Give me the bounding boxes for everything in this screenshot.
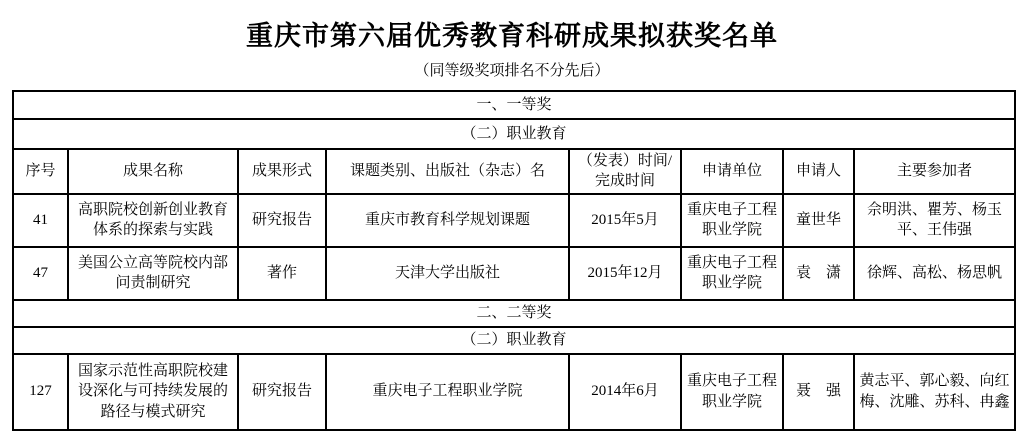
award-table: 一、一等奖 （二）职业教育 序号 成果名称 成果形式 课题类别、出版社（杂志）名… — [12, 90, 1016, 431]
cell-time: 2015年12月 — [569, 247, 681, 300]
cell-participants: 徐辉、高松、杨思帆 — [854, 247, 1015, 300]
column-header-form: 成果形式 — [238, 149, 326, 194]
section-label: 二、二等奖 — [13, 300, 1015, 327]
cell-form: 研究报告 — [238, 354, 326, 430]
column-header-applicant: 申请人 — [783, 149, 854, 194]
column-header-no: 序号 — [13, 149, 68, 194]
cell-time: 2015年5月 — [569, 194, 681, 247]
table-row: 41 高职院校创新创业教育体系的探索与实践 研究报告 重庆市教育科学规划课题 2… — [13, 194, 1015, 247]
cell-no: 127 — [13, 354, 68, 430]
section-row-first-category: （二）职业教育 — [13, 119, 1015, 149]
cell-org: 重庆电子工程职业学院 — [681, 247, 783, 300]
cell-time: 2014年6月 — [569, 354, 681, 430]
column-header-time: （发表）时间/完成时间 — [569, 149, 681, 194]
page-subtitle: （同等级奖项排名不分先后） — [0, 59, 1024, 80]
cell-name: 国家示范性高职院校建设深化与可持续发展的路径与模式研究 — [68, 354, 238, 430]
cell-name: 美国公立高等院校内部问责制研究 — [68, 247, 238, 300]
table-row: 47 美国公立高等院校内部问责制研究 著作 天津大学出版社 2015年12月 重… — [13, 247, 1015, 300]
section-row-second-category: （二）职业教育 — [13, 327, 1015, 354]
cell-category: 重庆电子工程职业学院 — [326, 354, 569, 430]
cell-applicant: 聂 强 — [783, 354, 854, 430]
header-row: 序号 成果名称 成果形式 课题类别、出版社（杂志）名 （发表）时间/完成时间 申… — [13, 149, 1015, 194]
cell-no: 41 — [13, 194, 68, 247]
cell-participants: 黄志平、郭心毅、向红梅、沈雕、苏科、冉鑫 — [854, 354, 1015, 430]
cell-form: 研究报告 — [238, 194, 326, 247]
section-label: （二）职业教育 — [13, 327, 1015, 354]
cell-category: 重庆市教育科学规划课题 — [326, 194, 569, 247]
column-header-category: 课题类别、出版社（杂志）名 — [326, 149, 569, 194]
section-row-second-prize: 二、二等奖 — [13, 300, 1015, 327]
cell-no: 47 — [13, 247, 68, 300]
cell-org: 重庆电子工程职业学院 — [681, 354, 783, 430]
cell-applicant: 童世华 — [783, 194, 854, 247]
column-header-participants: 主要参加者 — [854, 149, 1015, 194]
cell-name: 高职院校创新创业教育体系的探索与实践 — [68, 194, 238, 247]
section-label: 一、一等奖 — [13, 91, 1015, 119]
cell-participants: 佘明洪、瞿芳、杨玉平、王伟强 — [854, 194, 1015, 247]
page-title: 重庆市第六届优秀教育科研成果拟获奖名单 — [0, 14, 1024, 53]
cell-category: 天津大学出版社 — [326, 247, 569, 300]
table-row: 127 国家示范性高职院校建设深化与可持续发展的路径与模式研究 研究报告 重庆电… — [13, 354, 1015, 430]
column-header-org: 申请单位 — [681, 149, 783, 194]
section-label: （二）职业教育 — [13, 119, 1015, 149]
section-row-first-prize: 一、一等奖 — [13, 91, 1015, 119]
cell-form: 著作 — [238, 247, 326, 300]
cell-org: 重庆电子工程职业学院 — [681, 194, 783, 247]
column-header-name: 成果名称 — [68, 149, 238, 194]
cell-applicant: 袁 潇 — [783, 247, 854, 300]
